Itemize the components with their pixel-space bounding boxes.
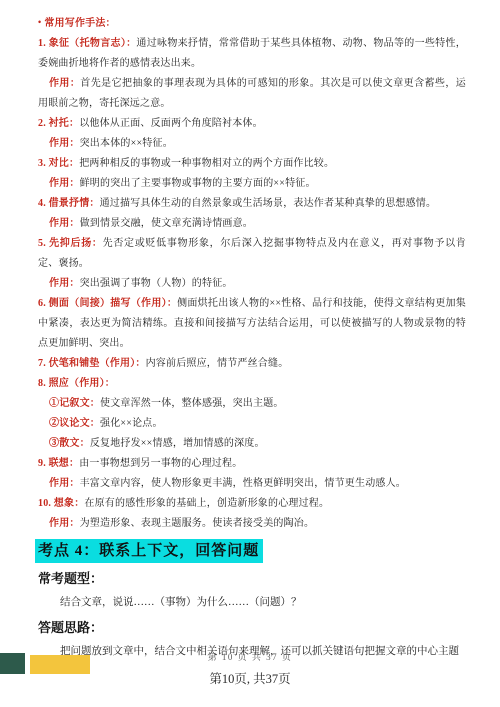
subhead-answer-idea: 答题思路： [38, 615, 466, 640]
list-item: 作用：鲜明的突出了主要事物或事物的主要方面的××特征。 [38, 174, 466, 194]
item-label: 作用： [49, 278, 80, 289]
list-item: 作用：突出强调了事物（人物）的特征。 [38, 274, 466, 294]
item-label: 3. 对比： [38, 158, 79, 169]
exam-point-heading: 考点 4：联系上下文，回答问题 [35, 539, 263, 563]
item-label: 9. 联想： [38, 458, 79, 469]
item-label: ②议论文： [49, 418, 100, 429]
list-item: ②议论文：强化××论点。 [38, 414, 466, 434]
item-label: 4. 借景抒情： [38, 198, 100, 209]
list-item: 9. 联想：由一事物想到另一事物的心理过程。 [38, 454, 466, 474]
item-text: 为塑造形象、表现主题服务。使读者接受美的陶冶。 [80, 518, 315, 529]
item-label: 10. 想象： [38, 498, 84, 509]
list-item: 4. 借景抒情：通过描写具体生动的自然景象或生活场景，表达作者某种真挚的思想感情… [38, 194, 466, 214]
page-number-large: 第10页, 共37页 [0, 669, 500, 687]
item-text: 使文章浑然一体，整体感强，突出主题。 [100, 398, 284, 409]
list-item: 作用：首先是它把抽象的事理表现为具体的可感知的形象。其次是可以使文章更含蓄些，运… [38, 74, 466, 114]
list-item: 3. 对比：把两种相反的事物或一种事物相对立的两个方面作比较。 [38, 154, 466, 174]
list-item: 作用：突出本体的××特征。 [38, 134, 466, 154]
item-label: 8. 照应（作用）： [38, 378, 115, 389]
page-number-small: 第 10 页 共 37 页 [0, 650, 500, 663]
item-text: 鲜明的突出了主要事物或事物的主要方面的××特征。 [80, 178, 316, 189]
list-item: 10. 想象：在原有的感性形象的基础上，创造新形象的心理过程。 [38, 494, 466, 514]
item-label: 作用： [49, 518, 80, 529]
item-label: 1. 象征（托物言志）： [38, 38, 136, 49]
list-item: 5. 先抑后扬：先否定或贬低事物形象，尔后深入挖掘事物特点及内在意义，再对事物予… [38, 234, 466, 274]
item-label: 作用： [49, 78, 80, 89]
item-text: 由一事物想到另一事物的心理过程。 [79, 458, 242, 469]
list-heading-text: 常用写作手法： [44, 18, 115, 29]
item-label: 7. 伏笔和铺垫（作用）： [38, 358, 146, 369]
bullet-icon: • [38, 17, 41, 27]
item-label: ③散文： [49, 438, 90, 449]
item-text: 首先是它把抽象的事理表现为具体的可感知的形象。其次是可以使文章更含蓄些，运用眼前… [38, 78, 466, 109]
item-label: 作用： [49, 138, 80, 149]
list-item: 1. 象征（托物言志）：通过咏物来抒情，常常借助于某些具体植物、动物、物品等的一… [38, 34, 466, 74]
list-item: 7. 伏笔和铺垫（作用）：内容前后照应，情节严丝合缝。 [38, 354, 466, 374]
list-item: ①记叙文：使文章浑然一体，整体感强，突出主题。 [38, 394, 466, 414]
item-text: 突出本体的××特征。 [80, 138, 173, 149]
list-item: 8. 照应（作用）： [38, 374, 466, 394]
item-label: ①记叙文： [49, 398, 100, 409]
item-text: 在原有的感性形象的基础上，创造新形象的心理过程。 [84, 498, 329, 509]
item-text: 反复地抒发××情感，增加情感的深度。 [90, 438, 265, 449]
item-label: 作用： [49, 218, 80, 229]
item-text: 突出强调了事物（人物）的特征。 [80, 278, 233, 289]
item-label: 5. 先抑后扬： [38, 238, 103, 249]
item-text: 把两种相反的事物或一种事物相对立的两个方面作比较。 [79, 158, 334, 169]
document-page: •常用写作手法： 1. 象征（托物言志）：通过咏物来抒情，常常借助于某些具体植物… [38, 12, 466, 664]
list-item: 作用：为塑造形象、表现主题服务。使读者接受美的陶冶。 [38, 514, 466, 534]
item-text: 先否定或贬低事物形象，尔后深入挖掘事物特点及内在意义，再对事物予以肯定、褒扬。 [38, 238, 466, 269]
list-item: 作用：做到情景交融，使文章充满诗情画意。 [38, 214, 466, 234]
item-text: 通过描写具体生动的自然景象或生活场景，表达作者某种真挚的思想感情。 [100, 198, 437, 209]
list-heading: •常用写作手法： [38, 12, 466, 34]
item-text: 内容前后照应，情节严丝合缝。 [146, 358, 289, 369]
list-item: ③散文：反复地抒发××情感，增加情感的深度。 [38, 434, 466, 454]
item-text: 丰富文章内容，使人物形象更丰满，性格更鲜明突出，情节更生动感人。 [80, 478, 406, 489]
item-label: 2. 衬托： [38, 118, 79, 129]
item-text: 以他体从正面、反面两个角度陪衬本体。 [79, 118, 263, 129]
list-item: 6. 侧面（间接）描写（作用）：侧面烘托出该人物的××性格、品行和技能，使得文章… [38, 294, 466, 354]
question-line: 结合文章，说说……（事物）为什么……（问题）？ [38, 591, 466, 615]
item-label: 6. 侧面（间接）描写（作用）： [38, 298, 177, 309]
item-text: 强化××论点。 [100, 418, 163, 429]
item-label: 作用： [49, 478, 80, 489]
item-text: 做到情景交融，使文章充满诗情画意。 [80, 218, 253, 229]
exam-point-heading-row: 考点 4：联系上下文，回答问题 [35, 539, 466, 563]
list-item: 2. 衬托：以他体从正面、反面两个角度陪衬本体。 [38, 114, 466, 134]
list-item: 作用：丰富文章内容，使人物形象更丰满，性格更鲜明突出，情节更生动感人。 [38, 474, 466, 494]
item-label: 作用： [49, 178, 80, 189]
subhead-question-type: 常考题型： [38, 566, 466, 591]
